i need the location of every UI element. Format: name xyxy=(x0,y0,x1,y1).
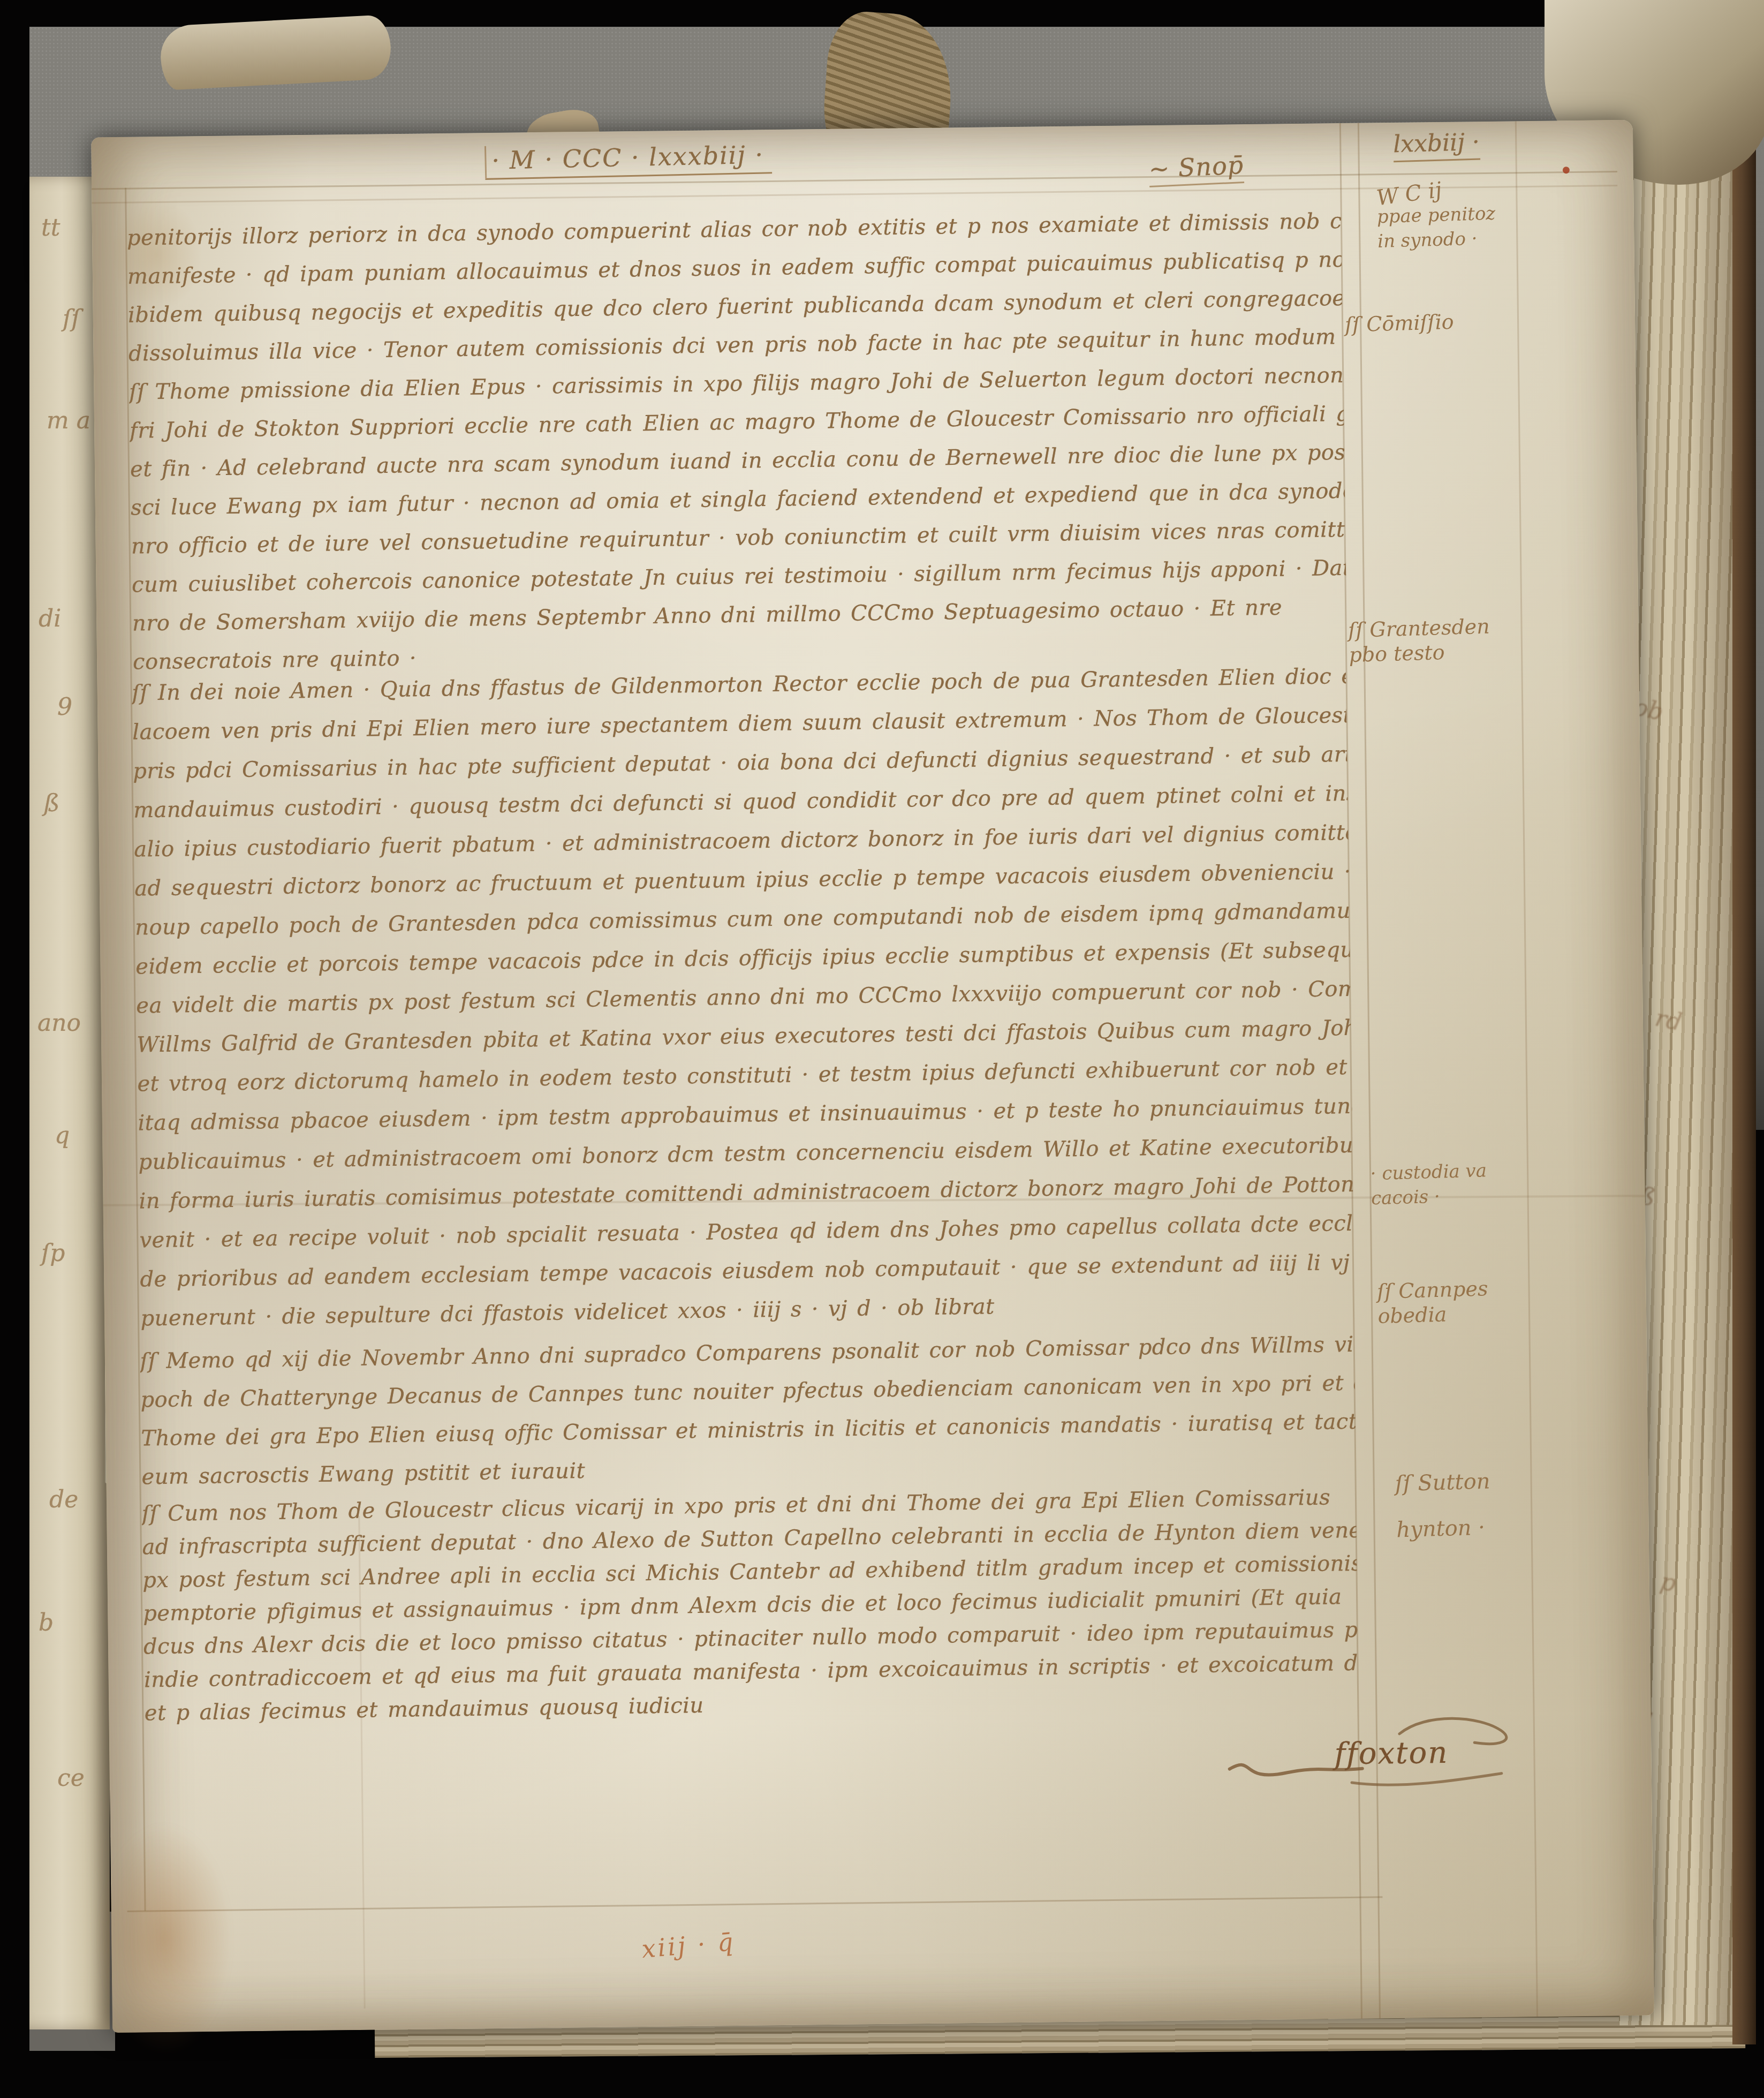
margin-note-line: ſſ Sutton xyxy=(1395,1469,1490,1496)
parchment-stain xyxy=(97,1823,233,2055)
ink-fragment: ſp xyxy=(41,1240,65,1267)
ink-fragment: ce xyxy=(57,1764,85,1792)
margin-note-line: cacois · xyxy=(1371,1186,1440,1210)
margin-note-line: in synodo · xyxy=(1377,228,1478,252)
ink-fragment: ano xyxy=(37,1009,81,1037)
quire-signature: xiij · q̄ xyxy=(640,1927,736,1964)
manuscript-photo: ttſſm adi9ßanoqſpdebce obrdßpd · M · CCC… xyxy=(0,0,1764,2098)
ink-fragment: q xyxy=(55,1122,70,1149)
year-heading: · M · CCC · lxxxbiij · xyxy=(484,140,772,180)
margin-note-line: · custodia va xyxy=(1370,1160,1487,1184)
ink-fragment: di xyxy=(39,605,61,632)
ink-fragment: tt xyxy=(41,214,60,242)
margin-note-line: ſſ Grantesden xyxy=(1348,615,1490,643)
ink-fragment: ß xyxy=(44,790,59,817)
ink-fragment: 9 xyxy=(57,693,72,721)
margin-note-line: hynton · xyxy=(1396,1515,1486,1543)
folio-number: lxxbiij · xyxy=(1393,129,1480,163)
scribe-signature: ffoxton xyxy=(1223,1714,1566,1803)
margin-note-campes-obedience: ſſ Cannpes obedia xyxy=(1377,1276,1489,1329)
margin-note-line: ſſ Cōmiſſio xyxy=(1345,310,1455,337)
ruling-line-bottom xyxy=(127,1896,1383,1912)
ink-fragment: rd xyxy=(1653,1004,1684,1036)
ink-fragment: p xyxy=(1658,1568,1678,1598)
signature-name: ffoxton xyxy=(1334,1735,1449,1771)
binding-cloth-tatter xyxy=(159,14,392,90)
margin-note-line: ſſ Cannpes xyxy=(1377,1277,1488,1303)
entry-grantesden-testament: ſſ In dei noie Amen · Quia dns ffastus d… xyxy=(132,657,1355,1339)
margin-note-line: obedia xyxy=(1377,1302,1447,1328)
ink-fragment: b xyxy=(39,1609,54,1636)
entry-synod-dissolution: penitorijs illorz periorz in dca synodo … xyxy=(127,202,1347,682)
margin-note-commissio: ſſ Cōmiſſio xyxy=(1344,310,1454,337)
margin-note-grantesden-probate: ſſ Grantesden pbo testo xyxy=(1348,614,1491,668)
margin-note-custodia-vacacionis: · custodia va cacois · xyxy=(1370,1158,1488,1211)
entry-campes-obedience: ſſ Memo qd xij die Novembr Anno dni supr… xyxy=(140,1325,1356,1497)
margin-note-sutton-hynton: ſſ Sutton hynton · xyxy=(1395,1458,1492,1553)
ink-fragment: de xyxy=(49,1486,78,1513)
book-cover-edge xyxy=(1732,137,1756,2044)
margin-note-line: pbo testo xyxy=(1349,640,1445,667)
margin-note-penance-synod: W C ij ppae penitoz in synodo · xyxy=(1376,177,1496,254)
entry-sutton-citation: ſſ Cum nos Thom de Gloucestr clicus vica… xyxy=(141,1481,1359,1730)
red-ink-speck xyxy=(1563,167,1570,173)
ink-fragment: ſſ xyxy=(63,305,80,333)
synod-running-title: ~ Snop̄ xyxy=(1148,150,1245,187)
manuscript-page: · M · CCC · lxxxbiij · ~ Snop̄ lxxbiij ·… xyxy=(91,120,1654,2033)
ink-fragment: m a xyxy=(47,407,90,434)
